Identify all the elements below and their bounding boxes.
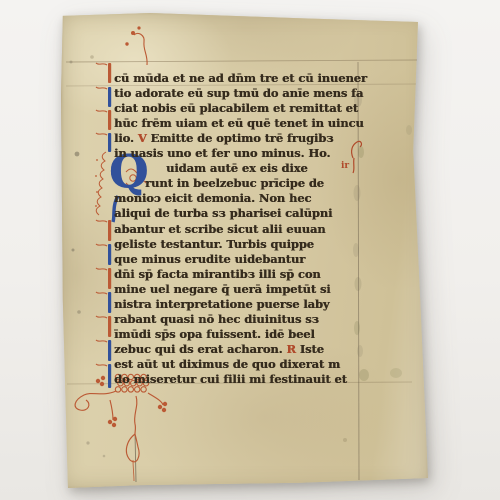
manuscript-line: tio adorate eū sup tmū do anīe mens fa xyxy=(114,86,363,100)
penwork-dot xyxy=(96,159,98,161)
trefoil-leaf xyxy=(112,423,116,427)
manuscript-line: est aūt ut diximus de quo dixerat m xyxy=(114,357,340,371)
bottom-tail-hairline xyxy=(133,460,134,481)
text-run: nistra interpretatione puerse laby xyxy=(114,297,329,311)
manuscript-line: abantur et scribe sicut alii euuan xyxy=(114,222,325,236)
stain-speck xyxy=(343,438,347,442)
manuscript-line: que minus erudite uidebantur xyxy=(114,252,305,266)
top-margin-flourish xyxy=(125,26,147,65)
text-run: lio. xyxy=(114,131,138,145)
text-run: uidam autē ex eis dixe xyxy=(166,161,308,175)
chain-bar-segment xyxy=(108,316,111,337)
manuscript-line: rabant quasi nō hec diuinitus sз xyxy=(114,312,319,326)
left-margin-chain xyxy=(96,63,111,388)
text-run: īmūdi sp̄s opa fuissent. idē beel xyxy=(114,327,315,341)
trefoil-leaf xyxy=(162,408,166,412)
text-run: tio adorate eū sup tmū do anīe mens fa xyxy=(114,86,363,100)
manuscript-line: in uasis uno et fer uno minus. Ho. xyxy=(114,146,330,160)
stain-speck xyxy=(103,455,106,458)
stain-speck xyxy=(86,441,89,444)
text-run: est aūt ut diximus de quo dixerat m xyxy=(114,357,340,371)
chain-hook-flourish xyxy=(96,316,107,318)
chain-bar-segment xyxy=(108,87,111,107)
chain-hook-flourish xyxy=(96,87,107,89)
tendril-leaf xyxy=(125,42,128,45)
stain-speck xyxy=(72,249,75,252)
text-run: hūc frēm uiam et eū quē tenet in uincu xyxy=(114,116,364,130)
text-run: mine uel negare q̄ uerā impetūt si xyxy=(114,282,330,296)
manuscript-line: aliqui de turba sз pharisei calūpni xyxy=(114,206,332,220)
stain-speck xyxy=(77,310,81,314)
photo-background: Q ir cū mūda et ne ad dn̄m tre et cū inu… xyxy=(0,0,500,500)
trefoil-leaf xyxy=(158,405,162,409)
penwork-dot xyxy=(96,191,98,193)
text-run: zebuc qui ds erat acharon. xyxy=(114,342,286,356)
text-run: ciat nobis eū placabilem et remittat et xyxy=(114,101,358,115)
penwork-dot xyxy=(95,175,97,177)
chain-hook-flourish xyxy=(96,244,107,246)
manuscript-line: uidam autē ex eis dixe xyxy=(166,161,308,175)
text-run: dn̄i sp̄ facta mirantibз illi sp̄ con xyxy=(114,267,321,281)
chain-bar-segment xyxy=(108,364,111,388)
manuscript-line: hūc frēm uiam et eū quē tenet in uincu xyxy=(114,116,364,130)
manuscript-line: do miseretur cui filii mi festinauit et xyxy=(114,372,347,386)
trefoil-leaf xyxy=(113,417,117,421)
manuscript-line: mine uel negare q̄ uerā impetūt si xyxy=(114,282,330,296)
manuscript-line: nistra interpretatione puerse laby xyxy=(114,297,329,311)
bottom-margin-ornament xyxy=(75,391,163,481)
text-block: cū mūda et ne ad dn̄m tre et cū inuenert… xyxy=(114,71,414,401)
chain-bar-segment xyxy=(108,340,111,361)
tendril-leaf xyxy=(137,26,140,29)
trefoil-leaf xyxy=(108,420,112,424)
penwork-dot xyxy=(95,205,97,207)
stain-speck xyxy=(70,61,73,64)
text-run: runt in beelzebuc prīcipe de xyxy=(145,176,324,190)
chain-hook-flourish xyxy=(96,110,107,112)
text-run: Iste xyxy=(300,342,324,356)
text-run: in uasis uno et fer uno minus. Ho. xyxy=(114,146,330,160)
text-run: do miseretur cui filii mi festinauit et xyxy=(114,372,347,386)
trefoil-leaf xyxy=(101,376,105,380)
q-scallop-path xyxy=(96,152,106,215)
text-run: geliste testantur. Turbis quippe xyxy=(114,237,314,251)
manuscript-line: ciat nobis eū placabilem et remittat et xyxy=(114,101,358,115)
manuscript-line: monioɔ eicit demonia. Non hec xyxy=(114,191,311,205)
manuscript-line: geliste testantur. Turbis quippe xyxy=(114,237,314,251)
text-run: monioɔ eicit demonia. Non hec xyxy=(114,191,311,205)
text-run: abantur et scribe sicut alii euuan xyxy=(114,222,325,236)
chain-hook-flourish xyxy=(96,268,107,270)
chain-hook-flourish xyxy=(96,133,107,135)
chain-hook-flourish xyxy=(96,63,107,65)
manuscript-line: zebuc qui ds erat acharon. R Iste xyxy=(114,342,324,356)
bottom-tendril-branch xyxy=(110,400,113,420)
trefoil-leaf xyxy=(163,402,167,406)
chain-hook-flourish xyxy=(96,340,107,342)
text-run: aliqui de turba sз pharisei calūpni xyxy=(114,206,332,220)
chain-hook-flourish xyxy=(96,292,107,294)
bottom-tail-stem xyxy=(135,396,137,434)
trefoil-leaf xyxy=(100,382,104,386)
chain-bar-segment xyxy=(108,268,111,289)
manuscript-line: īmūdi sp̄s opa fuissent. idē beel xyxy=(114,327,315,341)
text-run: Emitte de optimo trē frugibз xyxy=(150,131,333,145)
stain-speck xyxy=(90,55,94,59)
manuscript-line: dn̄i sp̄ facta mirantibз illi sp̄ con xyxy=(114,267,321,281)
text-run: cū mūda et ne ad dn̄m tre et cū inuener xyxy=(114,71,367,85)
text-run: rabant quasi nō hec diuinitus sз xyxy=(114,312,319,326)
text-run: que minus erudite uidebantur xyxy=(114,252,305,266)
top-ruling-line xyxy=(66,60,417,62)
text-run: V xyxy=(138,131,151,145)
text-run: R xyxy=(286,342,299,356)
chain-bar-segment xyxy=(108,220,111,241)
chain-bar-segment xyxy=(108,292,111,313)
stain-speck xyxy=(75,152,80,157)
manuscript-line: lio. V Emitte de optimo trē frugibз xyxy=(114,131,333,145)
top-tendril-path xyxy=(134,33,147,65)
chain-hook-flourish xyxy=(96,364,107,366)
manuscript-line: runt in beelzebuc prīcipe de xyxy=(145,176,324,190)
chain-bar-segment xyxy=(108,110,111,130)
q-scallop-penwork xyxy=(95,152,106,215)
chain-bar-segment xyxy=(108,63,111,83)
chain-bar-segment xyxy=(108,244,111,265)
bottom-tail-teardrop xyxy=(126,434,139,462)
manuscript-line: cū mūda et ne ad dn̄m tre et cū inuener xyxy=(114,71,367,85)
chain-hook-flourish xyxy=(96,220,107,222)
tendril-leaf xyxy=(131,31,135,35)
trefoil-leaf xyxy=(96,379,100,383)
